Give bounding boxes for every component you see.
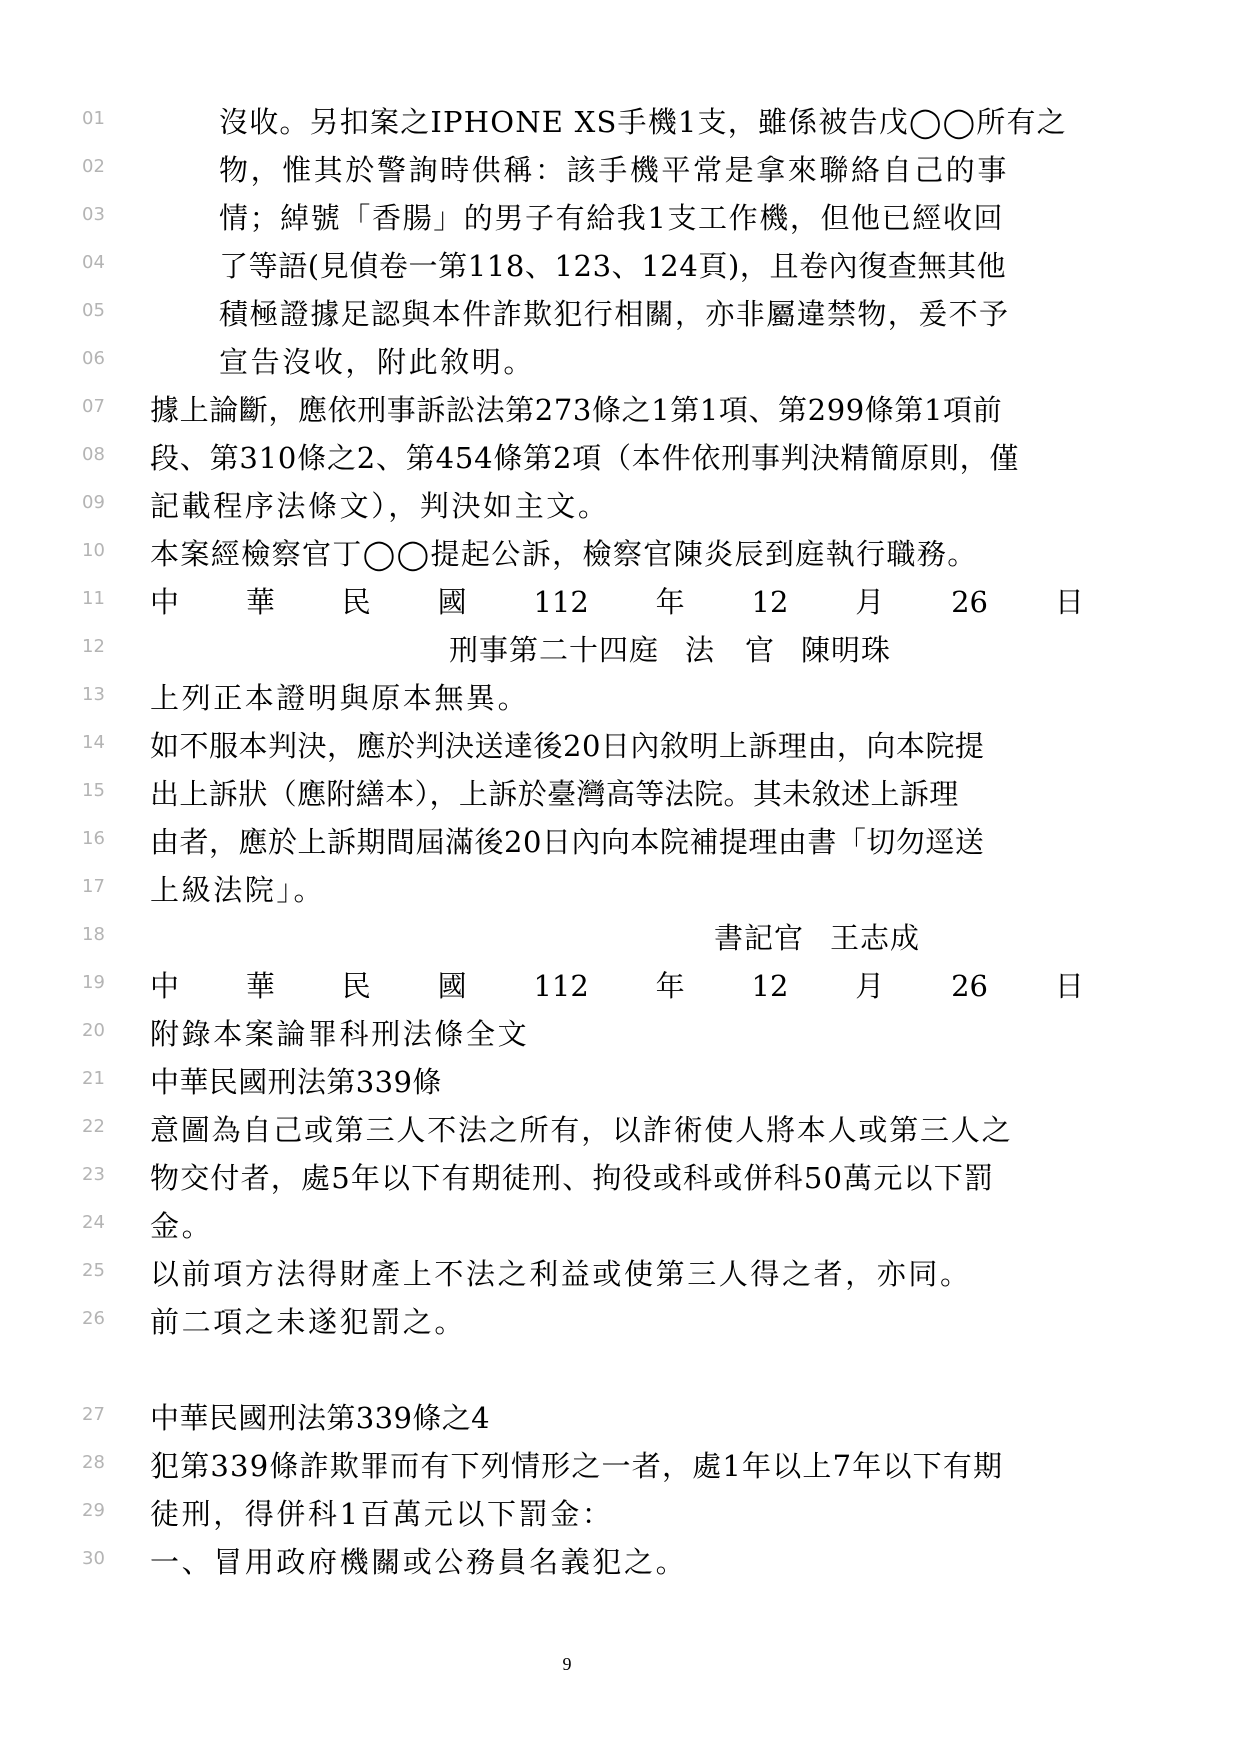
line-number: 26	[82, 1308, 122, 1329]
line-number: 19	[82, 972, 122, 993]
line-number: 06	[82, 348, 122, 369]
line-text: 金。	[150, 1202, 213, 1250]
judgment-date: 中 華 民 國 112 年 12 月 26 日	[150, 578, 1084, 626]
line-text: 由者，應於上訴期間屆滿後20日內向本院補提理由書「切勿逕送	[150, 818, 984, 866]
line-number: 27	[82, 1404, 122, 1425]
document-line: 04 了等語(見偵卷一第118、123、124頁)，且卷內復查無其他	[0, 242, 1240, 290]
date-part: 華	[246, 578, 275, 626]
line-number: 29	[82, 1500, 122, 1521]
date-part: 中	[150, 962, 179, 1010]
line-text: 據上論斷，應依刑事訴訟法第273條之1第1項、第299條第1項前	[150, 386, 1002, 434]
line-number: 28	[82, 1452, 122, 1473]
document-line: 16 由者，應於上訴期間屆滿後20日內向本院補提理由書「切勿逕送	[0, 818, 1240, 866]
judge-title: 法 官	[685, 633, 775, 667]
line-number: 30	[82, 1548, 122, 1569]
line-number: 17	[82, 876, 122, 897]
line-number: 25	[82, 1260, 122, 1281]
document-line: 15 出上訴狀（應附繕本），上訴於臺灣高等法院。其未敘述上訴理	[0, 770, 1240, 818]
page-number: 9	[0, 1654, 1134, 1675]
document-line: 24 金。	[0, 1202, 1240, 1250]
line-number: 21	[82, 1068, 122, 1089]
line-number: 22	[82, 1116, 122, 1137]
line-number: 24	[82, 1212, 122, 1233]
document-line: 22 意圖為自己或第三人不法之所有，以詐術使人將本人或第三人之	[0, 1106, 1240, 1154]
document-line: 26 前二項之未遂犯罰之。	[0, 1298, 1240, 1346]
judge-signature: 刑事第二十四庭法 官陳明珠	[449, 626, 891, 674]
document-line: 10 本案經檢察官丁◯◯提起公訴，檢察官陳炎辰到庭執行職務。	[0, 530, 1240, 578]
date-day: 26	[951, 578, 988, 626]
line-text: 物交付者，處5年以下有期徒刑、拘役或科或併科50萬元以下罰	[150, 1154, 994, 1202]
line-text: 沒收。另扣案之IPHONE XS手機1支，雖係被告戊◯◯所有之	[219, 98, 1067, 146]
judge-signature-line: 12 刑事第二十四庭法 官陳明珠	[0, 626, 1240, 674]
date-part: 年	[656, 962, 685, 1010]
line-text: 中華民國刑法第339條之4	[150, 1394, 490, 1442]
date-part: 日	[1055, 962, 1084, 1010]
line-number: 10	[82, 540, 122, 561]
copy-date: 中 華 民 國 112 年 12 月 26 日	[150, 962, 1084, 1010]
line-number: 04	[82, 252, 122, 273]
date-year: 112	[533, 962, 588, 1010]
document-line: 25 以前項方法得財產上不法之利益或使第三人得之者，亦同。	[0, 1250, 1240, 1298]
line-text: 附錄本案論罪科刑法條全文	[150, 1010, 529, 1058]
line-number: 09	[82, 492, 122, 513]
copy-date-line: 19 中 華 民 國 112 年 12 月 26 日	[0, 962, 1240, 1010]
line-number: 12	[82, 636, 122, 657]
line-text: 上列正本證明與原本無異。	[150, 674, 529, 722]
line-number: 16	[82, 828, 122, 849]
document-line: 30 一、冒用政府機關或公務員名義犯之。	[0, 1538, 1240, 1586]
appendix-heading: 20 附錄本案論罪科刑法條全文	[0, 1010, 1240, 1058]
judge-name: 陳明珠	[801, 633, 891, 667]
line-number: 13	[82, 684, 122, 705]
line-number: 11	[82, 588, 122, 609]
line-text: 一、冒用政府機關或公務員名義犯之。	[150, 1538, 687, 1586]
clerk-name: 王志成	[830, 921, 920, 955]
date-month: 12	[752, 578, 789, 626]
date-part: 國	[438, 578, 467, 626]
date-part: 中	[150, 578, 179, 626]
court-division: 刑事第二十四庭	[449, 633, 659, 667]
line-text: 中華民國刑法第339條	[150, 1058, 442, 1106]
line-text: 了等語(見偵卷一第118、123、124頁)，且卷內復查無其他	[219, 242, 1006, 290]
line-number: 03	[82, 204, 122, 225]
date-part: 年	[656, 578, 685, 626]
line-text: 如不服本判決，應於判決送達後20日內敘明上訴理由，向本院提	[150, 722, 984, 770]
line-number: 14	[82, 732, 122, 753]
date-part: 月	[855, 962, 884, 1010]
document-line: 06 宣告沒收，附此敘明。	[0, 338, 1240, 386]
document-line: 29 徒刑，得併科1百萬元以下罰金：	[0, 1490, 1240, 1538]
line-number: 23	[82, 1164, 122, 1185]
line-number: 02	[82, 156, 122, 177]
date-part: 國	[438, 962, 467, 1010]
document-page: 01 沒收。另扣案之IPHONE XS手機1支，雖係被告戊◯◯所有之 02 物，…	[0, 0, 1240, 1755]
document-line: 28 犯第339條詐欺罪而有下列情形之一者，處1年以上7年以下有期	[0, 1442, 1240, 1490]
document-line: 05 積極證據足認與本件詐欺犯行相關，亦非屬違禁物，爰不予	[0, 290, 1240, 338]
document-line: 17 上級法院」。	[0, 866, 1240, 914]
line-text: 出上訴狀（應附繕本），上訴於臺灣高等法院。其未敘述上訴理	[150, 770, 959, 818]
line-text: 積極證據足認與本件詐欺犯行相關，亦非屬違禁物，爰不予	[219, 290, 1009, 338]
document-line: 02 物，惟其於警詢時供稱：該手機平常是拿來聯絡自己的事	[0, 146, 1240, 194]
line-text: 物，惟其於警詢時供稱：該手機平常是拿來聯絡自己的事	[219, 146, 1009, 194]
line-number: 20	[82, 1020, 122, 1041]
line-number: 07	[82, 396, 122, 417]
line-text: 徒刑，得併科1百萬元以下罰金：	[150, 1490, 613, 1538]
line-text: 宣告沒收，附此敘明。	[219, 338, 535, 386]
line-text: 以前項方法得財產上不法之利益或使第三人得之者，亦同。	[150, 1250, 972, 1298]
document-line: 03 情；綽號「香腸」的男子有給我1支工作機，但他已經收回	[0, 194, 1240, 242]
line-number: 05	[82, 300, 122, 321]
clerk-signature: 書記官王志成	[714, 914, 920, 962]
document-line: 09 記載程序法條文），判決如主文。	[0, 482, 1240, 530]
clerk-title: 書記官	[714, 921, 804, 955]
date-day: 26	[951, 962, 988, 1010]
line-text: 上級法院」。	[150, 866, 325, 914]
document-line: 08 段、第310條之2、第454條第2項（本件依刑事判決精簡原則，僅	[0, 434, 1240, 482]
clerk-signature-line: 18 書記官王志成	[0, 914, 1240, 962]
date-year: 112	[533, 578, 588, 626]
judgment-date-line: 11 中 華 民 國 112 年 12 月 26 日	[0, 578, 1240, 626]
line-text: 段、第310條之2、第454條第2項（本件依刑事判決精簡原則，僅	[150, 434, 1019, 482]
date-part: 民	[342, 578, 371, 626]
line-text: 犯第339條詐欺罪而有下列情形之一者，處1年以上7年以下有期	[150, 1442, 1003, 1490]
document-line: 07 據上論斷，應依刑事訴訟法第273條之1第1項、第299條第1項前	[0, 386, 1240, 434]
line-number: 18	[82, 924, 122, 945]
line-text: 情；綽號「香腸」的男子有給我1支工作機，但他已經收回	[219, 194, 1004, 242]
line-number: 08	[82, 444, 122, 465]
date-part: 月	[855, 578, 884, 626]
date-part: 民	[342, 962, 371, 1010]
date-month: 12	[752, 962, 789, 1010]
document-line: 01 沒收。另扣案之IPHONE XS手機1支，雖係被告戊◯◯所有之	[0, 98, 1240, 146]
date-part: 華	[246, 962, 275, 1010]
line-number: 15	[82, 780, 122, 801]
statute-title: 27 中華民國刑法第339條之4	[0, 1394, 1240, 1442]
document-line: 14 如不服本判決，應於判決送達後20日內敘明上訴理由，向本院提	[0, 722, 1240, 770]
line-number: 01	[82, 108, 122, 129]
statute-title: 21 中華民國刑法第339條	[0, 1058, 1240, 1106]
document-line: 23 物交付者，處5年以下有期徒刑、拘役或科或併科50萬元以下罰	[0, 1154, 1240, 1202]
line-text: 本案經檢察官丁◯◯提起公訴，檢察官陳炎辰到庭執行職務。	[150, 530, 978, 578]
line-text: 意圖為自己或第三人不法之所有，以詐術使人將本人或第三人之	[150, 1106, 1012, 1154]
line-text: 記載程序法條文），判決如主文。	[150, 482, 610, 530]
date-part: 日	[1055, 578, 1084, 626]
line-text: 前二項之未遂犯罰之。	[150, 1298, 466, 1346]
document-line: 13 上列正本證明與原本無異。	[0, 674, 1240, 722]
